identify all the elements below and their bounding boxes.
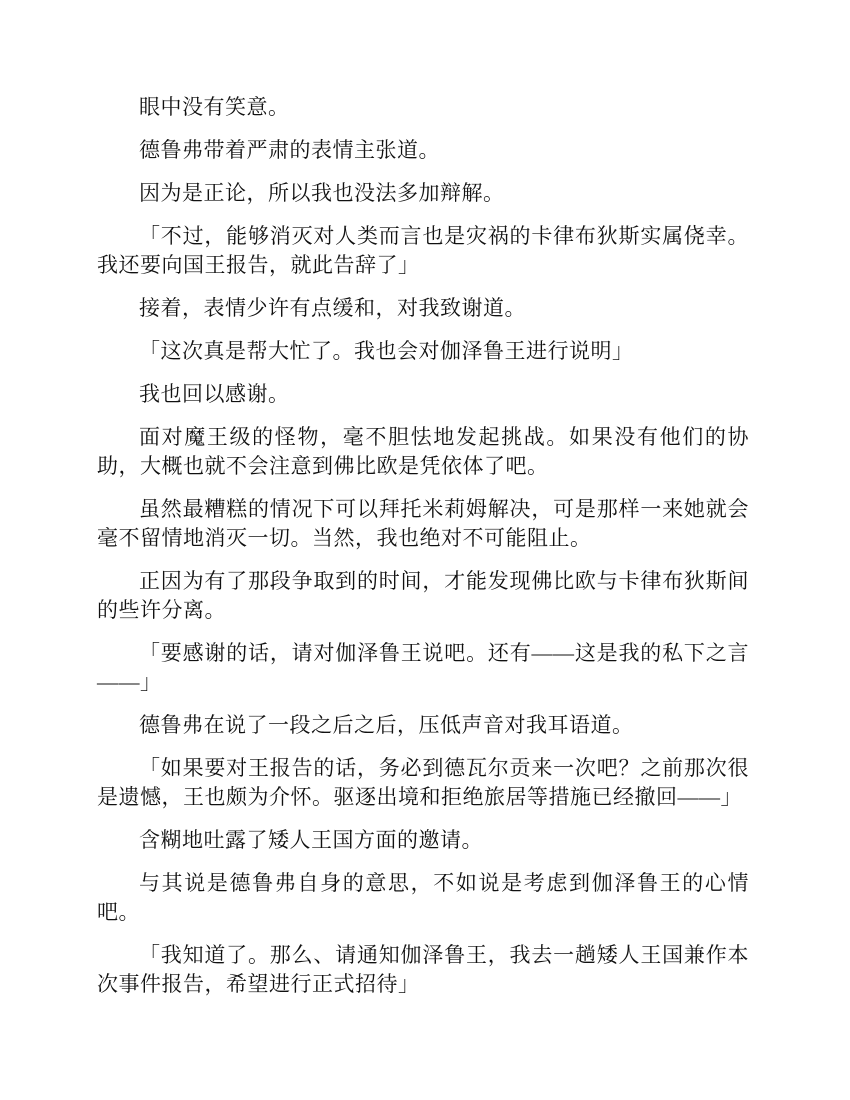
paragraph: 含糊地吐露了矮人王国方面的邀请。 bbox=[97, 826, 749, 855]
paragraph: 面对魔王级的怪物，毫不胆怯地发起挑战。如果没有他们的协助，大概也就不会注意到佛比… bbox=[97, 423, 749, 481]
paragraph: 「要感谢的话，请对伽泽鲁王说吧。还有——这是我的私下之言——」 bbox=[97, 639, 749, 697]
paragraph: 「这次真是帮大忙了。我也会对伽泽鲁王进行说明」 bbox=[97, 337, 749, 366]
paragraph: 因为是正论，所以我也没法多加辩解。 bbox=[97, 179, 749, 208]
paragraph: 与其说是德鲁弗自身的意思，不如说是考虑到伽泽鲁王的心情吧。 bbox=[97, 869, 749, 927]
paragraph: 德鲁弗在说了一段之后之后，压低声音对我耳语道。 bbox=[97, 711, 749, 740]
paragraph: 我也回以感谢。 bbox=[97, 380, 749, 409]
paragraph: 「不过，能够消灭对人类而言也是灾祸的卡律布狄斯实属侥幸。我还要向国王报告，就此告… bbox=[97, 222, 749, 280]
paragraph: 眼中没有笑意。 bbox=[97, 93, 749, 122]
paragraph: 正因为有了那段争取到的时间，才能发现佛比欧与卡律布狄斯间的些许分离。 bbox=[97, 567, 749, 625]
paragraph: 德鲁弗带着严肃的表情主张道。 bbox=[97, 136, 749, 165]
paragraph: 接着，表情少许有点缓和，对我致谢道。 bbox=[97, 294, 749, 323]
document-page: 眼中没有笑意。 德鲁弗带着严肃的表情主张道。 因为是正论，所以我也没法多加辩解。… bbox=[0, 0, 850, 1100]
paragraph: 「如果要对王报告的话，务必到德瓦尔贡来一次吧？之前那次很是遗憾，王也颇为介怀。驱… bbox=[97, 754, 749, 812]
paragraph: 「我知道了。那么、请通知伽泽鲁王，我去一趟矮人王国兼作本次事件报告，希望进行正式… bbox=[97, 941, 749, 999]
paragraph: 虽然最糟糕的情况下可以拜托米莉姆解决，可是那样一来她就会毫不留情地消灭一切。当然… bbox=[97, 495, 749, 553]
